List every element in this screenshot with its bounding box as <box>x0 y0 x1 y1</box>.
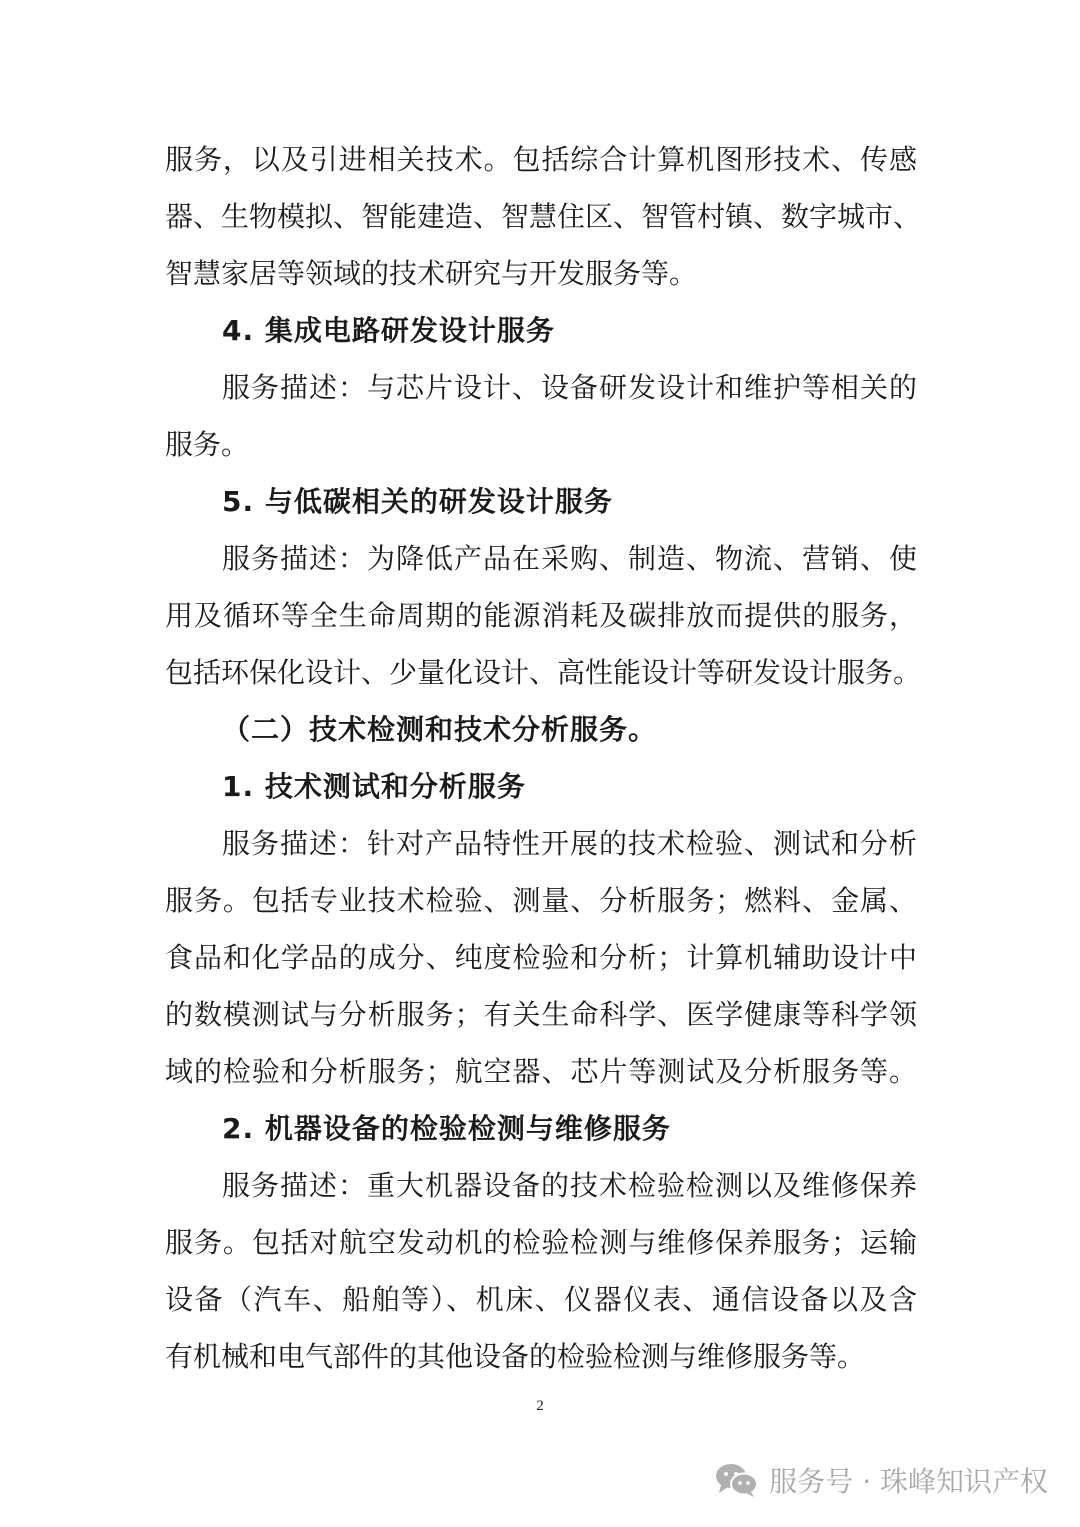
paragraph-line: 服务描述：与芯片设计、设备研发设计和维护等相关的 <box>165 359 917 416</box>
paragraph-line: 服务。包括对航空发动机的检验检测与维修保养服务；运输 <box>165 1214 917 1271</box>
page-number: 2 <box>0 1398 1080 1415</box>
paragraph-line: 服务。 <box>165 416 917 473</box>
paragraph-line: 服务描述：重大机器设备的技术检验检测以及维修保养 <box>165 1157 917 1214</box>
item-heading: 2. 机器设备的检验检测与维修服务 <box>165 1100 917 1157</box>
paragraph-line: 包括环保化设计、少量化设计、高性能设计等研发设计服务。 <box>165 644 917 701</box>
paragraph-line: 智慧家居等领域的技术研究与开发服务等。 <box>165 245 917 302</box>
paragraph-line: 服务描述：针对产品特性开展的技术检验、测试和分析 <box>165 815 917 872</box>
item-heading: 1. 技术测试和分析服务 <box>165 758 917 815</box>
watermark-text: 服务号 · 珠峰知识产权 <box>769 1460 1048 1500</box>
wechat-icon <box>715 1463 759 1497</box>
paragraph-line: 食品和化学品的成分、纯度检验和分析；计算机辅助设计中 <box>165 929 917 986</box>
paragraph-line: 有机械和电气部件的其他设备的检验检测与维修服务等。 <box>165 1328 917 1385</box>
paragraph-line: 服务，以及引进相关技术。包括综合计算机图形技术、传感 <box>165 131 917 188</box>
item-heading: 4. 集成电路研发设计服务 <box>165 302 917 359</box>
paragraph-line: 器、生物模拟、智能建造、智慧住区、智管村镇、数字城市、 <box>165 188 917 245</box>
paragraph-line: 的数模测试与分析服务；有关生命科学、医学健康等科学领 <box>165 986 917 1043</box>
paragraph-line: 域的检验和分析服务；航空器、芯片等测试及分析服务等。 <box>165 1043 917 1100</box>
item-heading: 5. 与低碳相关的研发设计服务 <box>165 473 917 530</box>
section-heading: （二）技术检测和技术分析服务。 <box>165 701 917 758</box>
watermark-footer: 服务号 · 珠峰知识产权 <box>715 1460 1048 1500</box>
paragraph-line: 服务。包括专业技术检验、测量、分析服务；燃料、金属、 <box>165 872 917 929</box>
paragraph-line: 用及循环等全生命周期的能源消耗及碳排放而提供的服务， <box>165 587 917 644</box>
document-page: 服务，以及引进相关技术。包括综合计算机图形技术、传感 器、生物模拟、智能建造、智… <box>165 131 917 1385</box>
paragraph-line: 设备（汽车、船舶等）、机床、仪器仪表、通信设备以及含 <box>165 1271 917 1328</box>
paragraph-line: 服务描述：为降低产品在采购、制造、物流、营销、使 <box>165 530 917 587</box>
